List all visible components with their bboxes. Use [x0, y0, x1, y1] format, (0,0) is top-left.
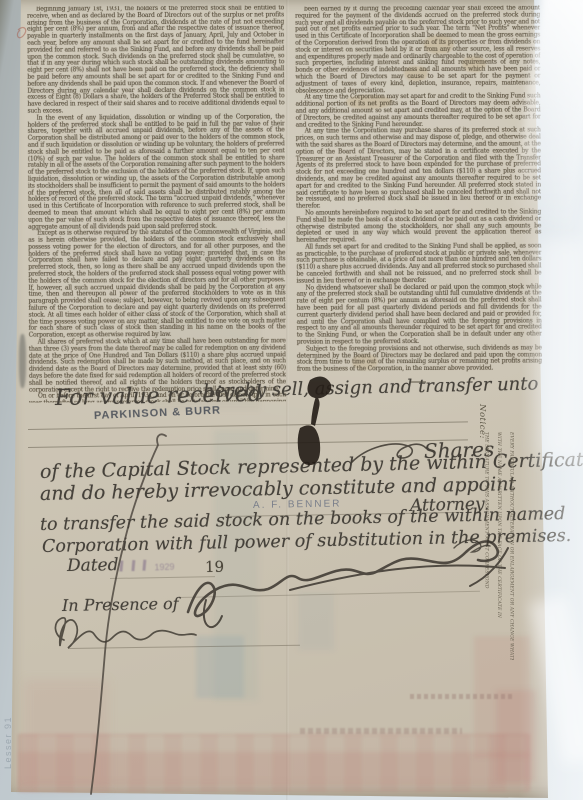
- terms-text-right-column: been earned by it during the preceding c…: [295, 5, 542, 380]
- notice-line: THE SIGNATURE TO THIS ASSIGNMENT MUST CO…: [479, 432, 492, 660]
- terms-paragraph: been earned by it during the preceding c…: [295, 5, 540, 95]
- in-presence-of-label: In Presence of: [62, 594, 179, 615]
- show-through-block: [298, 592, 334, 650]
- show-through-border-left: [24, 680, 108, 790]
- date-stamp-year: 1929: [154, 562, 174, 573]
- faded-date-stamp: 1929: [120, 557, 211, 578]
- terms-paragraph: No amounts hereinbefore required to be s…: [296, 209, 541, 244]
- mirrored-text-ghost: [300, 728, 462, 734]
- terms-text-left-column: Beginning January 1st, 1931, the holders…: [27, 5, 286, 402]
- terms-paragraph: At any time the Corporation may purchase…: [296, 128, 541, 211]
- notice-line: WITH THE NAME AS WRITTEN UPON THE FACE O…: [492, 432, 505, 660]
- margin-notice-text: THE SIGNATURE TO THIS ASSIGNMENT MUST CO…: [479, 432, 519, 660]
- terms-paragraph: At any time the Corporation may set apar…: [295, 94, 540, 129]
- terms-paragraph: No dividend whatsoever shall be declared…: [296, 284, 541, 346]
- photo-of-certificate-back: Beginning January 1st, 1931, the holders…: [0, 0, 583, 800]
- terms-paragraph: Beginning January 1st, 1931, the holders…: [27, 5, 285, 115]
- notice-line: EVERY PARTICULAR, WITHOUT ALTERATION OR …: [504, 432, 517, 660]
- left-edge-pencil-notation: Lesser 91: [3, 697, 17, 769]
- mirrored-text-ghost: [410, 694, 512, 699]
- left-margin-smudge: [19, 334, 26, 388]
- sleeve-glare-streak: [538, 240, 583, 460]
- terms-paragraph: In the event of any liquidation, dissolu…: [28, 114, 286, 231]
- terms-paragraph: Subject to the foregoing provisions and …: [297, 345, 542, 373]
- printed-year-prefix: 19: [205, 558, 224, 576]
- terms-paragraph: All funds set apart for and credited to …: [296, 243, 541, 285]
- terms-paragraph: Except as is otherwise required by the s…: [28, 230, 286, 340]
- dated-label: Dated: [67, 555, 119, 576]
